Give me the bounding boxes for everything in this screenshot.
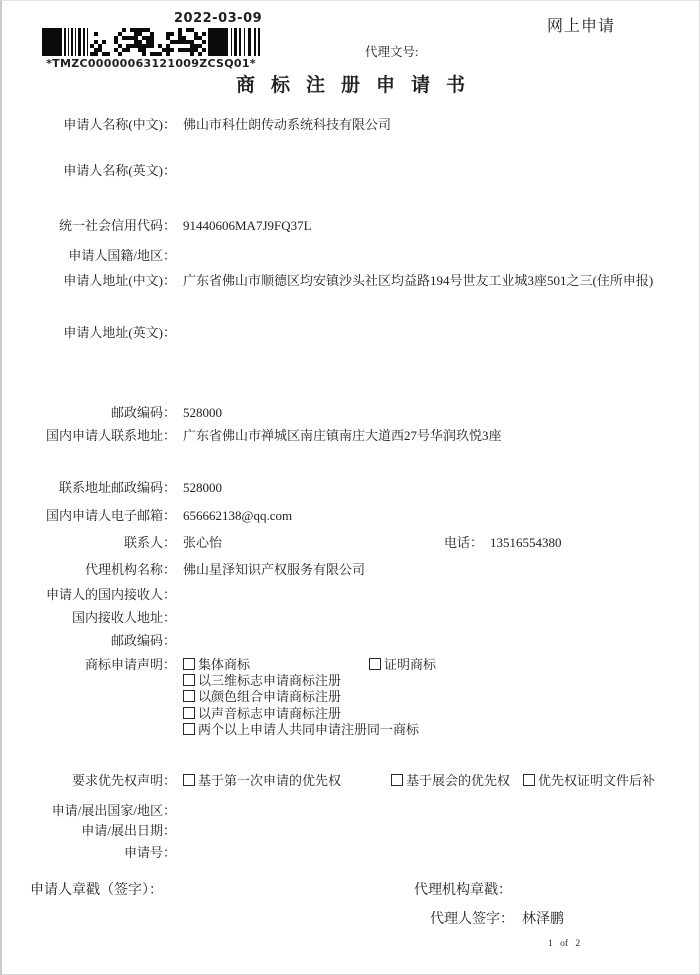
field-label: 申请/展出国家/地区： bbox=[30, 801, 176, 820]
field-value: 13516554380 bbox=[490, 533, 562, 552]
field-value: 528000 bbox=[183, 403, 222, 422]
checkbox-icon bbox=[391, 774, 403, 786]
field-label: 联系地址邮政编码： bbox=[30, 478, 176, 497]
field-label: 统一社会信用代码： bbox=[30, 216, 176, 235]
option-label: 以颜色组合申请商标注册 bbox=[198, 689, 341, 704]
field-label: 邮政编码： bbox=[30, 403, 176, 422]
barcode-number: *TMZC00000063121009ZCSQ01* bbox=[34, 57, 268, 70]
checkbox-icon bbox=[183, 674, 195, 686]
field-label: 邮政编码： bbox=[30, 631, 176, 650]
agent-ref-label: 代理文号: bbox=[365, 42, 418, 60]
checkbox-option-exhibition-priority: 基于展会的优先权 bbox=[391, 773, 523, 789]
agent-signature-label: 代理人签字： bbox=[430, 910, 514, 930]
field-priority-number: 申请号： bbox=[30, 843, 183, 862]
field-value: 佛山星泽知识产权服务有限公司 bbox=[183, 560, 365, 579]
checkbox-option-joint: 两个以上申请人共同申请注册同一商标 bbox=[183, 722, 436, 738]
field-label: 国内申请人电子邮箱： bbox=[30, 506, 176, 525]
field-contact-postcode: 联系地址邮政编码： 528000 bbox=[30, 478, 222, 497]
field-agency-name: 代理机构名称： 佛山星泽知识产权服务有限公司 bbox=[30, 560, 365, 579]
option-label: 优先权证明文件后补 bbox=[538, 773, 655, 788]
field-label: 申请人国籍/地区： bbox=[30, 246, 176, 265]
field-value: 张心怡 bbox=[183, 533, 222, 552]
field-domestic-receiver: 申请人的国内接收人： bbox=[30, 585, 183, 604]
checkbox-icon bbox=[183, 723, 195, 735]
field-label: 电话： bbox=[444, 533, 483, 552]
field-label: 申请人地址(中文)： bbox=[30, 271, 176, 290]
field-label: 商标申请声明： bbox=[30, 657, 176, 673]
field-label: 申请/展出日期： bbox=[30, 821, 176, 840]
trademark-application-page: 2022-03-09 *TMZC00000063121009ZCSQ01* 网上… bbox=[0, 0, 700, 975]
tm-declaration-section: 商标申请声明： 集体商标证明商标 以三维标志申请商标注册 以颜色组合申请商标注册… bbox=[30, 657, 436, 738]
field-label: 要求优先权声明： bbox=[30, 773, 176, 789]
online-application-label: 网上申请 bbox=[547, 13, 615, 36]
option-label: 以声音标志申请商标注册 bbox=[198, 706, 341, 721]
agent-signature-value: 林泽鹏 bbox=[522, 910, 564, 930]
checkbox-option-color: 以颜色组合申请商标注册 bbox=[183, 689, 436, 705]
field-nationality: 申请人国籍/地区： bbox=[30, 246, 183, 265]
barcode-noise bbox=[90, 28, 206, 56]
option-label: 证明商标 bbox=[384, 657, 436, 672]
field-label: 国内申请人联系地址： bbox=[30, 426, 176, 445]
field-value: 91440606MA7J9FQ37L bbox=[183, 216, 312, 235]
priority-declaration-section: 要求优先权声明： 基于第一次申请的优先权基于展会的优先权优先权证明文件后补 bbox=[30, 773, 655, 789]
field-applicant-name-cn: 申请人名称(中文)： 佛山市科仕朗传动系统科技有限公司 bbox=[30, 115, 391, 134]
barcode bbox=[42, 28, 260, 56]
checkbox-option-collective: 集体商标 bbox=[183, 657, 369, 673]
agency-seal-label: 代理机构章戳： bbox=[414, 881, 512, 901]
field-postcode: 邮政编码： 528000 bbox=[30, 403, 222, 422]
field-receiver-postcode: 邮政编码： bbox=[30, 631, 183, 650]
field-receiver-address: 国内接收人地址： bbox=[30, 608, 183, 627]
option-label: 两个以上申请人共同申请注册同一商标 bbox=[198, 722, 419, 737]
page-number: 1 of 2 bbox=[548, 939, 580, 949]
field-label: 代理机构名称： bbox=[30, 560, 176, 579]
field-phone: 电话： 13516554380 bbox=[444, 533, 562, 552]
field-address-en: 申请人地址(英文)： bbox=[30, 323, 183, 342]
option-label: 基于第一次申请的优先权 bbox=[198, 773, 341, 788]
field-credit-code: 统一社会信用代码： 91440606MA7J9FQ37L bbox=[30, 216, 312, 235]
agent-signature-row: 代理人签字： 林泽鹏 bbox=[430, 910, 564, 930]
field-priority-country: 申请/展出国家/地区： bbox=[30, 801, 183, 820]
checkbox-option-later-document: 优先权证明文件后补 bbox=[523, 773, 655, 789]
field-priority-date: 申请/展出日期： bbox=[30, 821, 183, 840]
field-value: 528000 bbox=[183, 478, 222, 497]
checkbox-option-first-priority: 基于第一次申请的优先权 bbox=[183, 773, 391, 789]
checkbox-option-sound: 以声音标志申请商标注册 bbox=[183, 706, 436, 722]
field-label: 申请人地址(英文)： bbox=[30, 323, 176, 342]
checkbox-icon bbox=[183, 690, 195, 702]
applicant-seal-label: 申请人章戳（签字）： bbox=[30, 881, 163, 901]
checkbox-icon bbox=[369, 658, 381, 670]
checkbox-icon bbox=[523, 774, 535, 786]
field-value: 656662138@qq.com bbox=[183, 506, 292, 525]
field-label: 联系人： bbox=[30, 533, 176, 552]
form-title: 商标注册申请书 bbox=[2, 70, 699, 97]
field-label: 申请人名称(中文)： bbox=[30, 115, 176, 134]
checkbox-icon bbox=[183, 774, 195, 786]
option-label: 集体商标 bbox=[198, 657, 250, 672]
field-contact-address: 国内申请人联系地址： 广东省佛山市禅城区南庄镇南庄大道西27号华润玖悦3座 bbox=[30, 426, 502, 445]
checkbox-option-certification: 证明商标 bbox=[369, 657, 436, 673]
field-label: 国内接收人地址： bbox=[30, 608, 176, 627]
checkbox-icon bbox=[183, 707, 195, 719]
option-label: 基于展会的优先权 bbox=[406, 773, 510, 788]
field-contact-person: 联系人： 张心怡 bbox=[30, 533, 222, 552]
field-label: 申请号： bbox=[30, 843, 176, 862]
field-label: 申请人的国内接收人： bbox=[30, 585, 176, 604]
field-value: 广东省佛山市顺德区均安镇沙头社区均益路194号世友工业城3座501之三(住所申报… bbox=[183, 271, 655, 291]
option-label: 以三维标志申请商标注册 bbox=[198, 673, 341, 688]
checkbox-icon bbox=[183, 658, 195, 670]
field-value: 广东省佛山市禅城区南庄镇南庄大道西27号华润玖悦3座 bbox=[183, 426, 502, 445]
field-address-cn: 申请人地址(中文)： 广东省佛山市顺德区均安镇沙头社区均益路194号世友工业城3… bbox=[30, 271, 655, 291]
field-value: 佛山市科仕朗传动系统科技有限公司 bbox=[183, 115, 391, 134]
field-email: 国内申请人电子邮箱： 656662138@qq.com bbox=[30, 506, 292, 525]
checkbox-option-3d: 以三维标志申请商标注册 bbox=[183, 673, 436, 689]
field-label: 申请人名称(英文)： bbox=[30, 161, 176, 180]
field-applicant-name-en: 申请人名称(英文)： bbox=[30, 161, 183, 180]
application-date: 2022-03-09 bbox=[174, 11, 264, 26]
